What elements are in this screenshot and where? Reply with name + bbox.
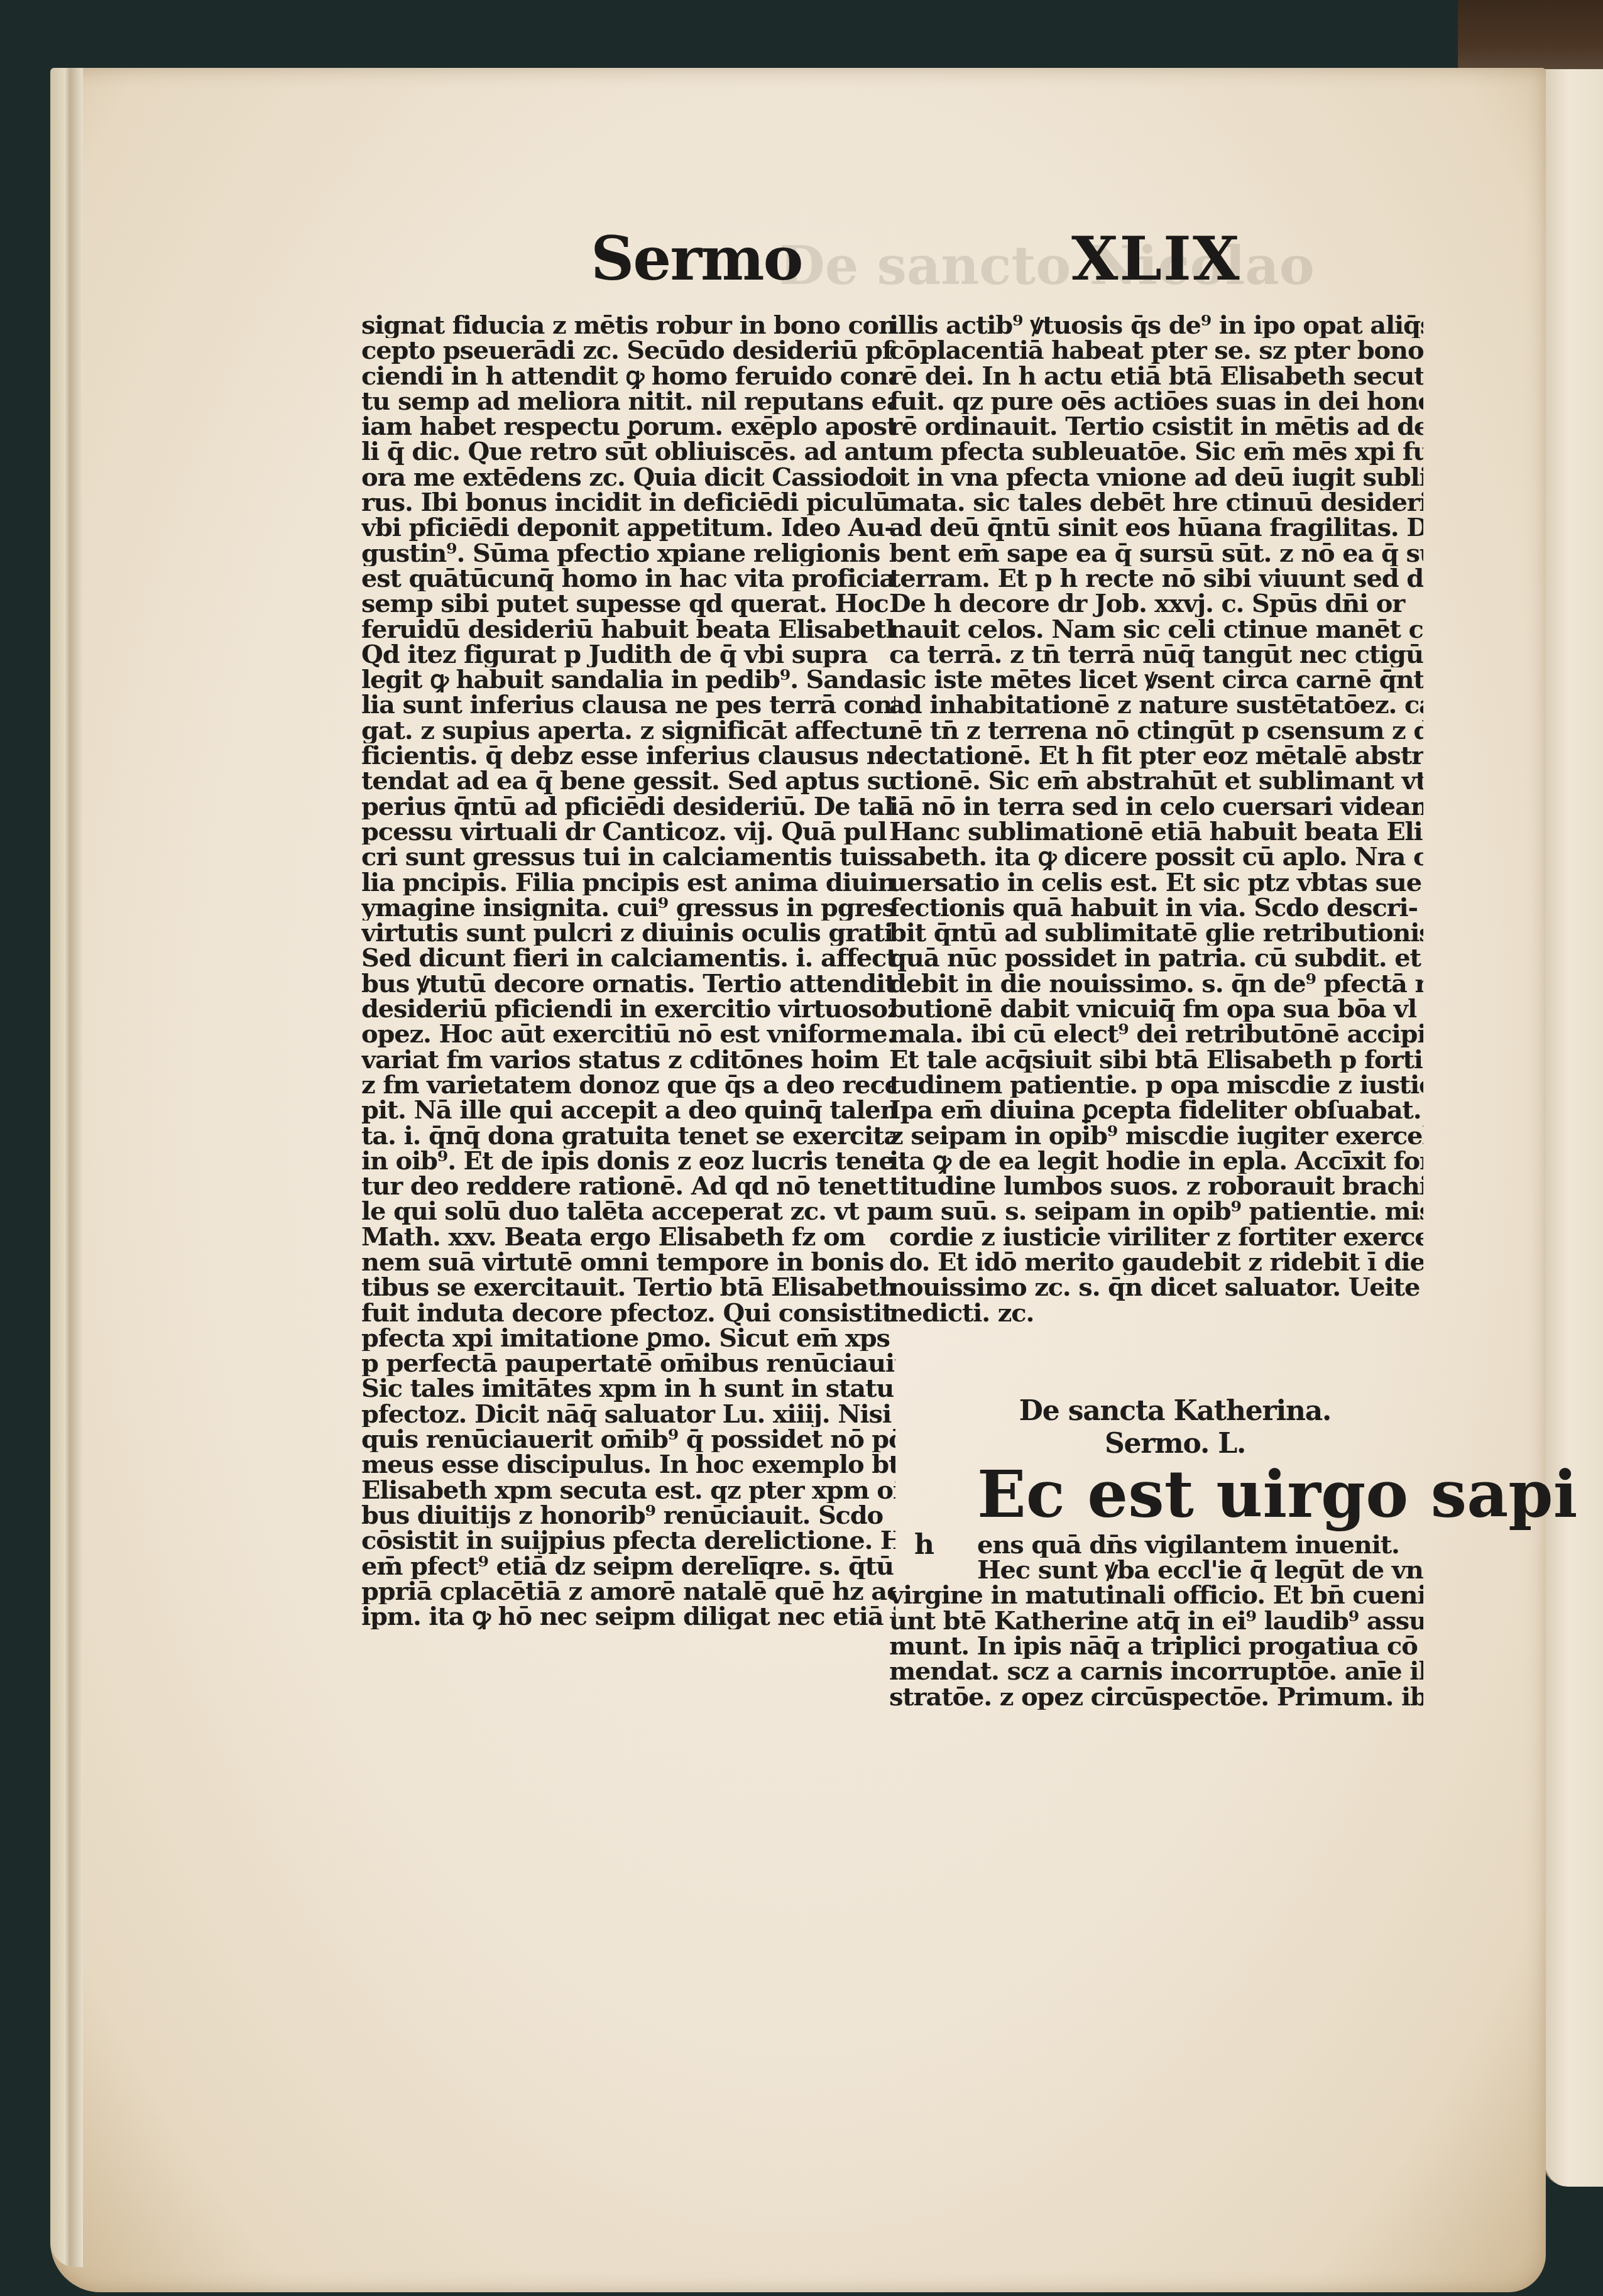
text-line: vbi pficiēdi deponit appetitum. Ideo Au- <box>361 515 895 540</box>
text-line: Math. xxv. Beata ergo Elisabeth fz om <box>361 1225 895 1250</box>
text-line: lia sunt inferius clausa ne pes terrā co… <box>361 692 895 718</box>
adjacent-leaf-edge <box>1543 69 1603 2187</box>
text-line: nauit celos. Nam sic celi ctinue manēt c… <box>889 617 1423 642</box>
text-line: munt. In ipis nāq̄ a triplici progatiua … <box>889 1634 1423 1659</box>
text-line: pfectoz. Dicit nāq̄ saluator Lu. xiiij. … <box>361 1402 895 1427</box>
text-line: ctionē. Sic em̄ abstrahūt et sublimant v… <box>889 768 1423 794</box>
text-line: butionē dabit vnicuiq̄ fm opa sua bōa vl <box>889 997 1423 1022</box>
text-line: ad deū q̄ntū sinit eos hūana fragilitas.… <box>889 515 1423 540</box>
text-line: Hanc sublimationē etiā habuit beata Eli <box>889 819 1423 845</box>
book-binding-cover <box>1458 0 1603 75</box>
text-line: pfecta xpi imitatione ꝑmo. Sicut em̄ xps <box>361 1326 895 1351</box>
text-line: tudinem patientie. p opa miscdie z iusti… <box>889 1073 1423 1098</box>
text-line: gustin⁹. Sūma pfectio xpiane religionis <box>361 541 895 566</box>
text-line: est quātūcunq̄ homo in hac vita proficia… <box>361 566 895 591</box>
text-line: virtutis sunt pulcri z diuinis oculis gr… <box>361 921 895 946</box>
left-text-column: signat fiducia z mētis robur in bono con… <box>361 313 895 1629</box>
text-line: le qui solū duo talēta acceperat zc. vt … <box>361 1199 895 1224</box>
text-line: em̄ pfect⁹ etiā dz seipm derelīqre. s. q… <box>361 1554 895 1579</box>
text-line: mata. sic tales debēt hre ctinuū desider… <box>889 490 1423 515</box>
text-line: ta. i. q̄nq̄ dona gratuita tenet se exer… <box>361 1123 895 1149</box>
text-line: Sic tales imitātes xpm in h sunt in stat… <box>361 1376 895 1401</box>
text-line: quā nūc possidet in patria. cū subdit. e… <box>889 946 1423 971</box>
text-line: rē dei. In h actu etiā btā Elisabeth sec… <box>889 364 1423 389</box>
text-line: signat fiducia z mētis robur in bono con… <box>361 313 895 338</box>
text-line: perius q̄ntū ad pficiēdi desideriū. De t… <box>361 794 895 819</box>
text-line: um suū. s. seipam in opib⁹ patientie. mi… <box>889 1199 1423 1224</box>
text-line: unt btē Katherine atq̄ in ei⁹ laudib⁹ as… <box>889 1609 1423 1634</box>
incipit-continuation: h ens quā dn̄s vigilantem inuenit.Hec su… <box>889 1533 1423 1583</box>
text-line: semp sibi putet supesse qd querat. Hoc a… <box>361 591 895 616</box>
text-line: tur deo reddere rationē. Ad qd nō tenet … <box>361 1174 895 1199</box>
text-line: meus esse discipulus. In hoc exemplo btā <box>361 1452 895 1477</box>
text-line: iam habet respectu ꝑorum. exēplo aposto- <box>361 414 895 439</box>
text-line: desideriū pficiendi in exercitio virtuos… <box>361 997 895 1022</box>
text-line: fectionis quā habuit in via. Scdo descri… <box>889 895 1423 921</box>
text-line: ita ꝙ de ea legit hodie in epla. Accīxit… <box>889 1149 1423 1174</box>
text-line: cōplacentiā habeat pter se. sz pter bono… <box>889 338 1423 363</box>
text-line: Ipa em̄ diuina ꝑcepta fideliter obſuabat… <box>889 1098 1423 1123</box>
text-line: nedicti. zc. <box>889 1301 1423 1326</box>
text-line: z fm varietatem donoz que q̄s a deo rece <box>361 1073 895 1098</box>
text-line: pit. Nā ille qui accepit a deo quinq̄ ta… <box>361 1098 895 1123</box>
text-line: sic iste mētes licet ꝟsent circa carnē q… <box>889 667 1423 692</box>
text-line: it in vna pfecta vnione ad deū iugit sub… <box>889 465 1423 490</box>
text-line: Hec sunt ꝟba eccl'ie q̄ legūt de vna <box>889 1558 1423 1583</box>
text-line: bit q̄ntū ad sublimitatē glie retributio… <box>889 921 1423 946</box>
sermon-incipit: Ec est uirgo sapi <box>889 1460 1423 1533</box>
text-line: bus ꝟtutū decore ornatis. Tertio attendi… <box>361 971 895 997</box>
text-line: debit in die nouissimo. s. q̄n de⁹ pfect… <box>889 971 1423 997</box>
text-line: tibus se exercitauit. Tertio btā Elisabe… <box>361 1275 895 1300</box>
text-line: De h decore dr Job. xxvj. c. Spūs dn̄i o… <box>889 591 1423 616</box>
text-line: lia pncipis. Filia pncipis est anima diu… <box>361 870 895 895</box>
text-line: illis actib⁹ ꝟtuosis q̄s de⁹ in ipo opat… <box>889 313 1423 338</box>
text-line: iā nō in terra sed in celo cuersari vide… <box>889 794 1423 819</box>
text-line: bent em̄ sape ea q̄ sursū sūt. z nō ea q… <box>889 541 1423 566</box>
sermon-title: De sancta Katherina. <box>889 1395 1423 1428</box>
text-line: ppriā cplacētiā z amorē natalē quē hz ad… <box>361 1579 895 1604</box>
text-line: Sed dicunt fieri in calciamentis. i. aff… <box>361 946 895 971</box>
text-line: ciendi in h attendit ꝙ homo feruido cona <box>361 364 895 389</box>
text-line: mendat. scz a carnis incorruptōe. anīe i… <box>889 1659 1423 1684</box>
text-line: lectationē. Et h fit pter eoz mētalē abs… <box>889 743 1423 768</box>
running-head-left: Sermo <box>591 223 802 294</box>
sermon-body-lines: virgine in matutinali officio. Et bn̄ cu… <box>889 1583 1423 1709</box>
page-stack-edge <box>50 68 83 2267</box>
text-line: fuit. qz pure oēs actiōes suas in dei ho… <box>889 389 1423 414</box>
text-line: nouissimo zc. s. q̄n dicet saluator. Uei… <box>889 1275 1423 1300</box>
text-line: ipm. ita ꝙ hō nec seipm diligat nec etiā… <box>361 1604 895 1629</box>
text-line: ca terrā. z tn̄ terrā nūq̄ tangūt nec ct… <box>889 642 1423 667</box>
guide-letter: h <box>914 1533 934 1558</box>
text-line: terram. Et p h recte nō sibi viuunt sed … <box>889 566 1423 591</box>
text-line: nē tn̄ z terrena nō ctingūt p csensum z … <box>889 718 1423 743</box>
text-line: cordie z iusticie viriliter z fortiter e… <box>889 1225 1423 1250</box>
text-line: sabeth. ita ꝙ dicere possit cū aplo. Nra… <box>889 845 1423 870</box>
text-line: opez. Hoc aūt exercitiū nō est vniforme.… <box>361 1022 895 1047</box>
text-line: tendat ad ea q̄ bene gessit. Sed aptus s… <box>361 768 895 794</box>
text-line: gat. z supius aperta. z significāt affec… <box>361 718 895 743</box>
right-column-body: illis actib⁹ ꝟtuosis q̄s de⁹ in ipo opat… <box>889 313 1423 1326</box>
folio-number: XLIX <box>1071 223 1240 294</box>
text-line: p perfectā paupertatē om̄ibus renūciauit… <box>361 1351 895 1376</box>
text-line: fuit induta decore pfectoz. Qui consisti… <box>361 1301 895 1326</box>
text-line: legit ꝙ habuit sandalia in pedib⁹. Sanda <box>361 667 895 692</box>
text-line: rus. Ibi bonus incidit in deficiēdi picu… <box>361 490 895 515</box>
indented-lines: ens quā dn̄s vigilantem inuenit.Hec sunt… <box>889 1533 1423 1583</box>
running-head: De sancto Nicolao Sermo XLIX <box>0 223 1603 298</box>
text-line: tu semp ad meliora nitit. nil reputans e… <box>361 389 895 414</box>
sermon-number: Sermo. L. <box>889 1428 1423 1460</box>
text-line: cepto pseuerādi zc. Secūdo desideriū pfi <box>361 338 895 363</box>
text-line: cōsistit in suijpius pfecta derelictione… <box>361 1528 895 1553</box>
text-line: bus diuitijs z honorib⁹ renūciauit. Scdo <box>361 1503 895 1528</box>
incipit-text: Ec est uirgo sapi <box>977 1457 1577 1533</box>
text-line: um pfecta subleuatōe. Sic em̄ mēs xpi fu… <box>889 439 1423 464</box>
text-line: feruidū desideriū habuit beata Elisabeth <box>361 617 895 642</box>
text-line: z seipam in opib⁹ miscdie iugiter exerce… <box>889 1123 1423 1149</box>
text-line: mala. ibi cū elect⁹ dei retributōnē acci… <box>889 1022 1423 1047</box>
text-line: nem suā virtutē omni tempore in bonis ac <box>361 1250 895 1275</box>
text-line: Et tale acq̄siuit sibi btā Elisabeth p f… <box>889 1047 1423 1073</box>
text-line: ora me extēdens zc. Quia dicit Cassiodo- <box>361 465 895 490</box>
text-line: titudine lumbos suos. z roborauit brachi <box>889 1174 1423 1199</box>
text-line: in oib⁹. Et de ipis donis z eoz lucris t… <box>361 1149 895 1174</box>
right-text-column: illis actib⁹ ꝟtuosis q̄s de⁹ in ipo opat… <box>889 313 1423 1710</box>
text-line: ymagine insignita. cui⁹ gressus in pgres… <box>361 895 895 921</box>
text-line: ficientis. q̄ debz esse inferius clausus… <box>361 743 895 768</box>
text-line: li q̄ dic. Que retro sūt obliuiscēs. ad … <box>361 439 895 464</box>
text-line: Qd itez figurat p Judith de q̄ vbi supra <box>361 642 895 667</box>
text-line: virgine in matutinali officio. Et bn̄ cu… <box>889 1583 1423 1608</box>
text-line: cri sunt gressus tui in calciamentis tui… <box>361 845 895 870</box>
text-line: ens quā dn̄s vigilantem inuenit. <box>889 1533 1423 1558</box>
text-line: rē ordinauit. Tertio csistit in mētis ad… <box>889 414 1423 439</box>
text-line: ad inhabitationē z nature sustētatōez. c… <box>889 692 1423 718</box>
text-line: variat fm varios status z cditōnes hoim <box>361 1047 895 1073</box>
text-line: stratōe. z opez circūspectōe. Primum. ib… <box>889 1685 1423 1710</box>
text-line: uersatio in celis est. Et sic ptz vbtas … <box>889 870 1423 895</box>
text-line: Elisabeth xpm secuta est. qz pter xpm oi… <box>361 1478 895 1503</box>
section-gap <box>889 1326 1423 1395</box>
text-line: pcessu virtuali dr Canticoz. vij. Quā pu… <box>361 819 895 845</box>
text-line: quis renūciauerit om̄ib⁹ q̄ possidet nō … <box>361 1427 895 1452</box>
text-line: do. Et idō merito gaudebit z ridebit ī d… <box>889 1250 1423 1275</box>
